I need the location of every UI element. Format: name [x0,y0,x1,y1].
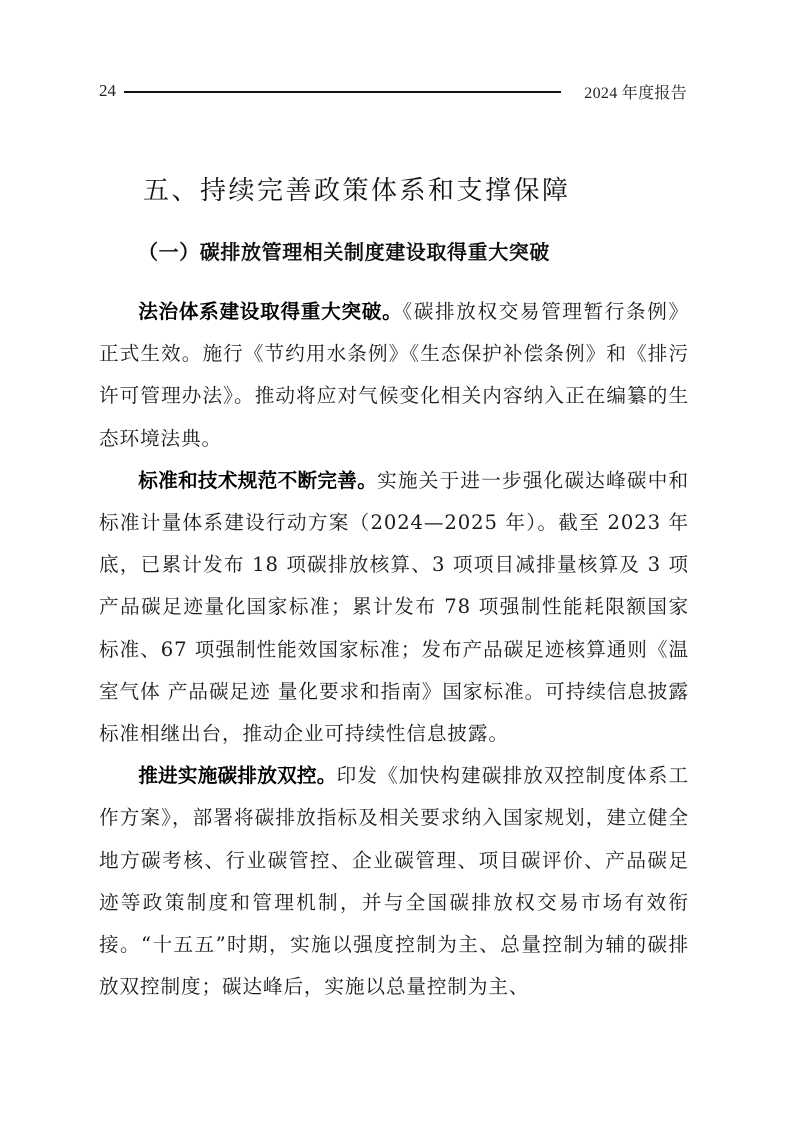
paragraph-lead: 标准和技术规范不断完善。 [138,469,377,492]
paragraph-legal-system: 法治体系建设取得重大突破。《碳排放权交易管理暂行条例》正式生效。施行《节约用水条… [99,291,689,460]
paragraph-lead: 法治体系建设取得重大突破。 [138,300,402,323]
section-title: 五、持续完善政策体系和支撑保障 [143,170,571,207]
page-number: 24 [99,81,116,101]
paragraph-text: 实施关于进一步强化碳达峰碳中和标准计量体系建设行动方案（2024—2025 年）… [99,469,689,745]
header-rule-divider [124,91,561,93]
subsection-title: （一）碳排放管理相关制度建设取得重大突破 [138,236,550,265]
paragraph-text: 印发《加快构建碳排放双控制度体系工作方案》，部署将碳排放指标及相关要求纳入国家规… [99,764,689,998]
paragraph-dual-control: 推进实施碳排放双控。印发《加快构建碳排放双控制度体系工作方案》，部署将碳排放指标… [99,755,689,1008]
paragraph-lead: 推进实施碳排放双控。 [138,764,336,787]
page-header: 24 2024 年度报告 [99,78,687,104]
paragraph-standards: 标准和技术规范不断完善。实施关于进一步强化碳达峰碳中和标准计量体系建设行动方案（… [99,460,689,755]
body-text: 法治体系建设取得重大突破。《碳排放权交易管理暂行条例》正式生效。施行《节约用水条… [99,291,689,1008]
report-title: 2024 年度报告 [584,80,687,103]
